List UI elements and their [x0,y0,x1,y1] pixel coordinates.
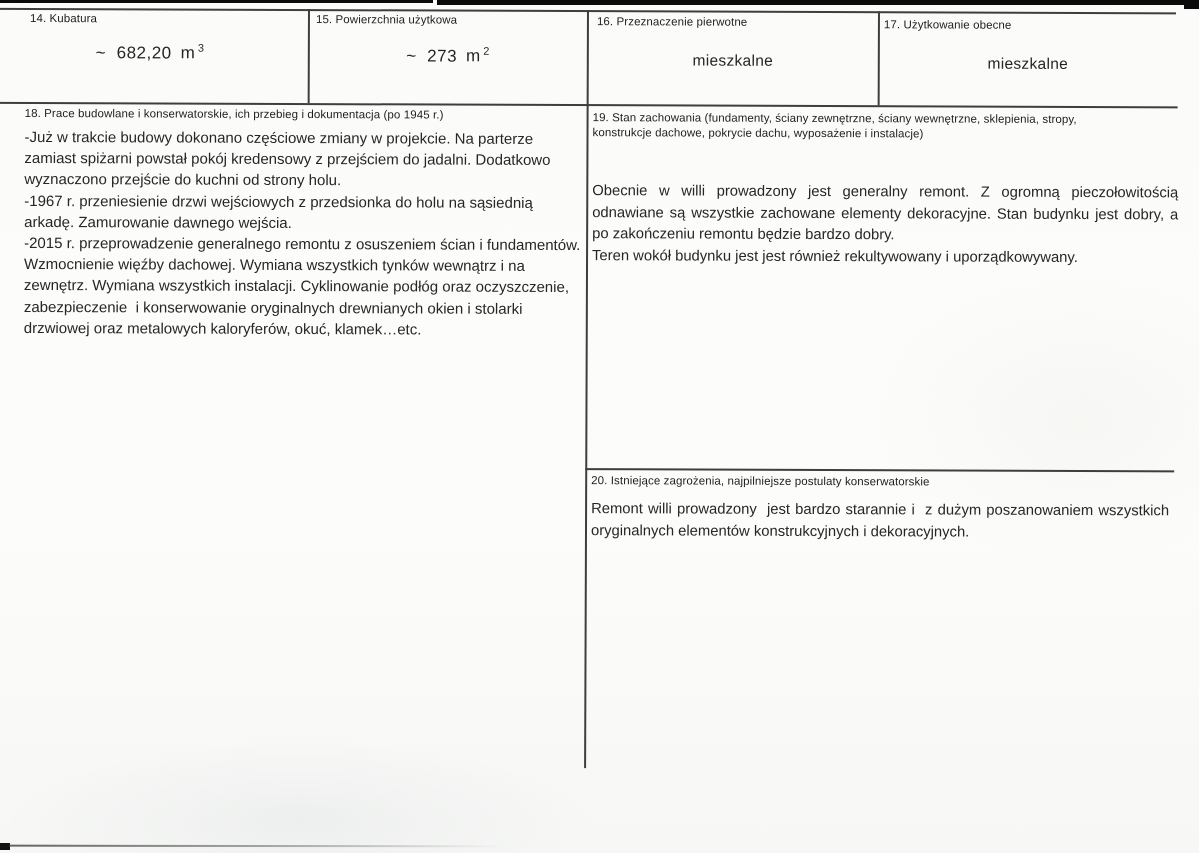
section-20-paragraph-1: Remont willi prowadzony jest bardzo star… [591,499,1169,544]
field-17-label: 17. Użytkowanie obecne [884,18,1012,33]
field-16-value: mieszkalne [588,52,878,71]
section-19-label: 19. Stan zachowania (fundamenty, ściany … [592,111,1097,142]
kubatura-unit-exponent: 3 [198,43,204,55]
section-19-paragraph-2: Teren wokół budynku jest jest również re… [592,246,1178,270]
section-19-paragraph-1: Obecnie w willi prowadzony jest generaln… [592,181,1178,248]
field-14-label: 14. Kubatura [30,12,97,27]
section-18-paragraph-2: -1967 r. przeniesienie drzwi wejściowych… [24,191,581,236]
section20-top-border [585,468,1174,472]
powierzchnia-unit-exponent: 2 [483,46,489,58]
field-15-label: 15. Powierzchnia użytkowa [316,13,457,28]
approx-sign: ~ [96,43,106,62]
field-15-value: ~273m2 [308,45,588,67]
center-column-divider [584,10,588,768]
section-18-paragraph-3: -2015 r. przeprowadzenie generalnego rem… [24,233,581,341]
kubatura-unit: m [181,43,195,62]
section-18-label: 18. Prace budowlane i konserwatorskie, i… [25,107,565,124]
record-card-form: 14. Kubatura ~682,20m3 15. Powierzchnia … [0,0,1199,853]
approx-sign: ~ [406,46,416,65]
section-19-text: Obecnie w willi prowadzony jest generaln… [592,181,1178,270]
scanned-form-page: 14. Kubatura ~682,20m3 15. Powierzchnia … [0,0,1199,853]
section-20-text: Remont willi prowadzony jest bardzo star… [591,499,1169,544]
section-20-label: 20. Istniejące zagrożenia, najpilniejsze… [591,474,1151,491]
section-18-paragraph-1: -Już w trakcie budowy dokonano częściowe… [24,127,581,193]
field-14-value: ~682,20m3 [0,42,300,64]
kubatura-number: 682,20 [117,43,172,62]
field-17-value: mieszkalne [878,55,1178,74]
section-18-text: -Już w trakcie budowy dokonano częściowe… [24,127,582,341]
powierzchnia-unit: m [466,46,480,65]
field-16-label: 16. Przeznaczenie pierwotne [597,15,747,30]
powierzchnia-number: 273 [427,46,457,65]
